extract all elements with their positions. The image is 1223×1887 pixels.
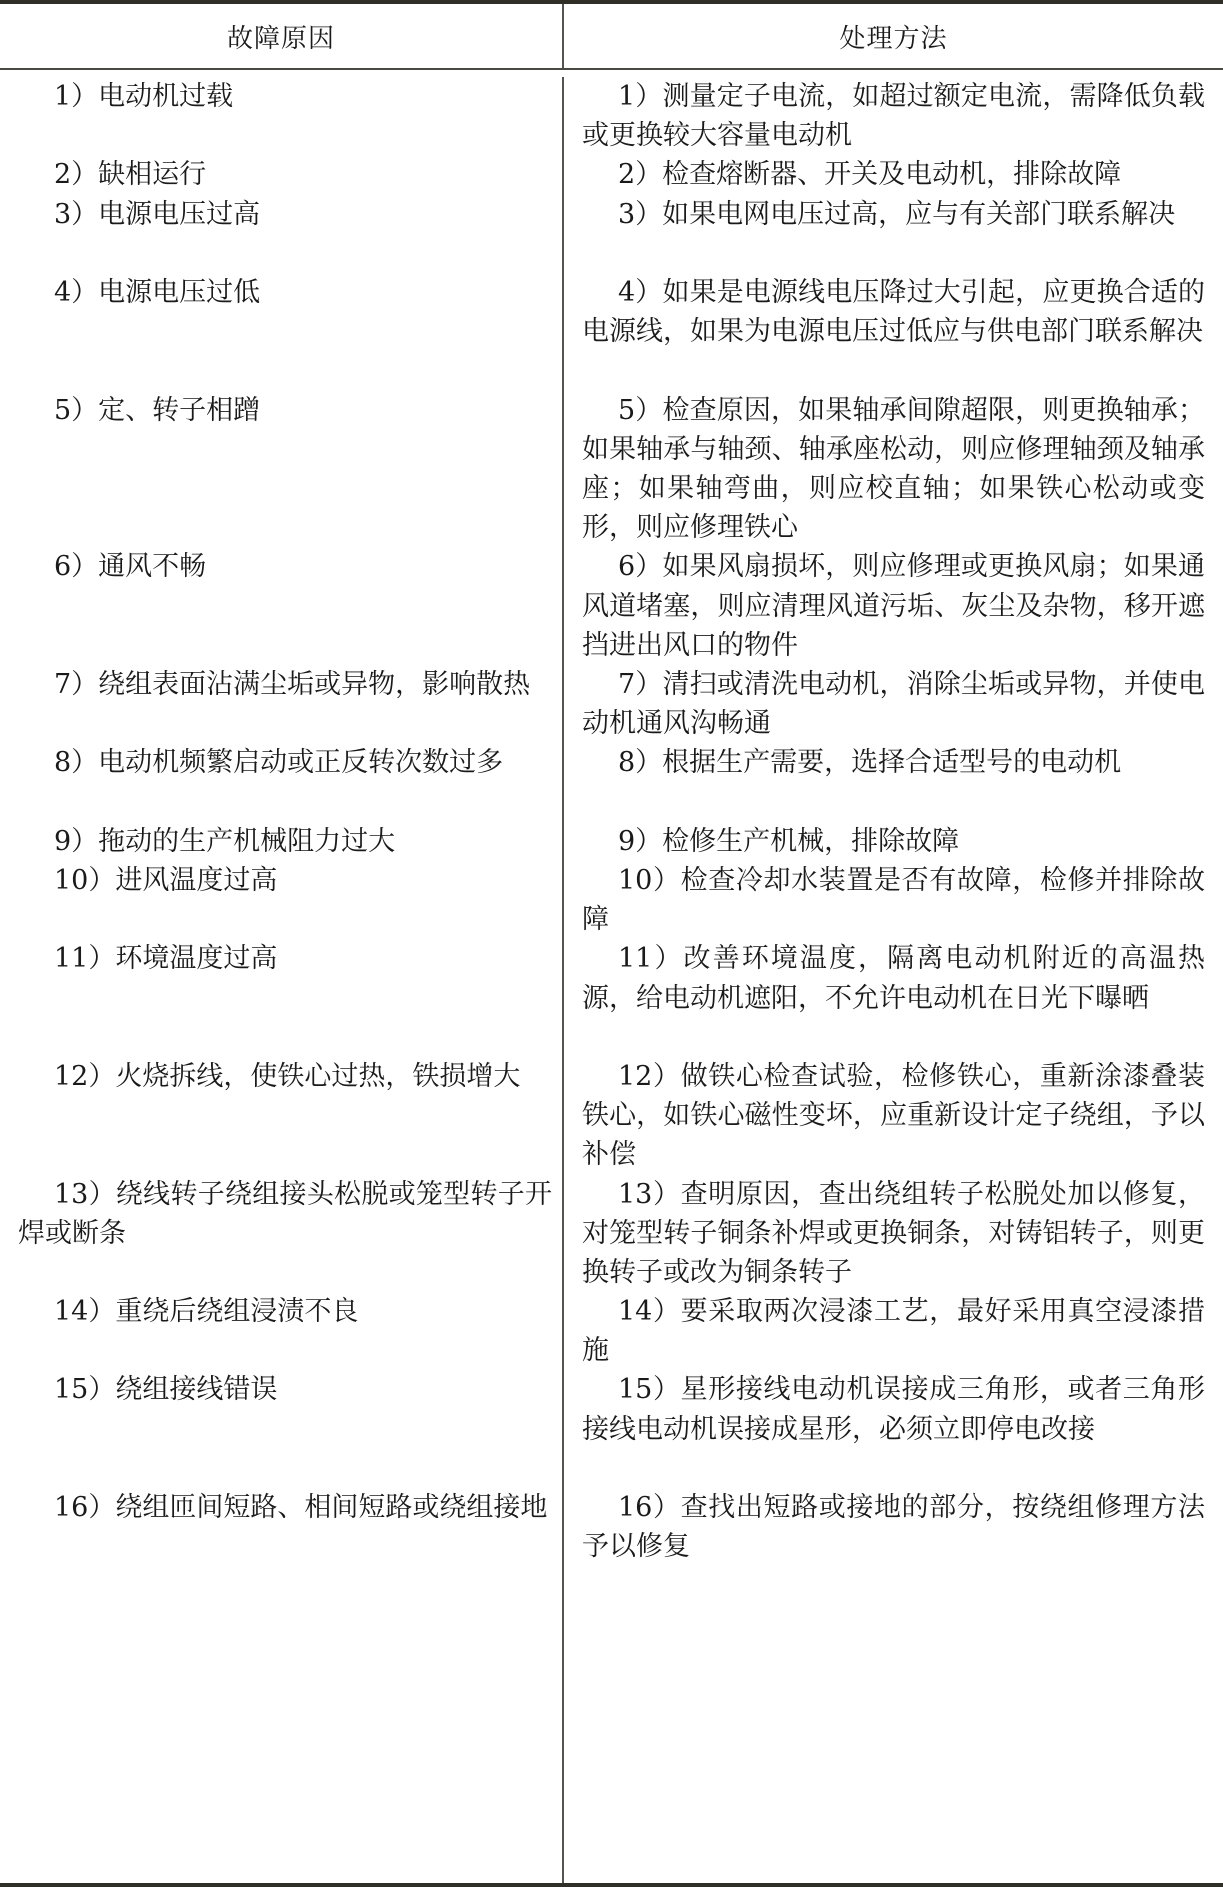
remedy-text: 13）查明原因，查出绕组转子松脱处加以修复，对笼型转子铜条补焊或更换铜条，对铸铝…: [564, 1175, 1223, 1293]
fault-cause-text: 11）环境温度过高: [0, 939, 562, 978]
header-remedy: 处理方法: [564, 4, 1223, 68]
table-row: 3）电源电压过高3）如果电网电压过高，应与有关部门联系解决: [0, 195, 1223, 273]
table-row: 10）进风温度过高10）检查冷却水装置是否有故障，检修并排除故障: [0, 861, 1223, 939]
remedy-cell: 15）星形接线电动机误接成三角形，或者三角形接线电动机误接成星形，必须立即停电改…: [564, 1370, 1223, 1488]
remedy-cell: 8）根据生产需要，选择合适型号的电动机: [564, 743, 1223, 821]
remedy-cell: 4）如果是电源线电压降过大引起，应更换合适的电源线，如果为电源电压过低应与供电部…: [564, 273, 1223, 391]
remedy-cell: 7）清扫或清洗电动机，消除尘垢或异物，并使电动机通风沟畅通: [564, 665, 1223, 743]
fault-cause-cell: 8）电动机频繁启动或正反转次数过多: [0, 743, 564, 821]
fault-cause-cell: 5）定、转子相蹭: [0, 391, 564, 548]
remedy-text: 7）清扫或清洗电动机，消除尘垢或异物，并使电动机通风沟畅通: [564, 665, 1223, 743]
remedy-cell: 10）检查冷却水装置是否有故障，检修并排除故障: [564, 861, 1223, 939]
table-row: 1）电动机过载1）测量定子电流，如超过额定电流，需降低负载或更换较大容量电动机: [0, 77, 1223, 155]
fault-cause-text: 2）缺相运行: [0, 155, 562, 194]
table-row: 12）火烧拆线，使铁心过热，铁损增大12）做铁心检查试验，检修铁心，重新涂漆叠装…: [0, 1057, 1223, 1175]
table-row: 8）电动机频繁启动或正反转次数过多8）根据生产需要，选择合适型号的电动机: [0, 743, 1223, 821]
table-row: 9）拖动的生产机械阻力过大9）检修生产机械，排除故障: [0, 822, 1223, 861]
remedy-text: 14）要采取两次浸漆工艺，最好采用真空浸漆措施: [564, 1292, 1223, 1370]
table-row: 4）电源电压过低4）如果是电源线电压降过大引起，应更换合适的电源线，如果为电源电…: [0, 273, 1223, 391]
fault-cause-cell: 16）绕组匝间短路、相间短路或绕组接地: [0, 1488, 564, 1566]
fault-cause-text: 5）定、转子相蹭: [0, 391, 562, 430]
remedy-cell: 14）要采取两次浸漆工艺，最好采用真空浸漆措施: [564, 1292, 1223, 1370]
remedy-text: 8）根据生产需要，选择合适型号的电动机: [564, 743, 1223, 782]
table-row: 15）绕组接线错误15）星形接线电动机误接成三角形，或者三角形接线电动机误接成星…: [0, 1370, 1223, 1488]
remedy-text: 15）星形接线电动机误接成三角形，或者三角形接线电动机误接成星形，必须立即停电改…: [564, 1370, 1223, 1448]
remedy-text: 1）测量定子电流，如超过额定电流，需降低负载或更换较大容量电动机: [564, 77, 1223, 155]
table-rows: 1）电动机过载1）测量定子电流，如超过额定电流，需降低负载或更换较大容量电动机2…: [0, 70, 1223, 1883]
fault-cause-cell: 11）环境温度过高: [0, 939, 564, 1057]
remedy-cell: 5）检查原因，如果轴承间隙超限，则更换轴承；如果轴承与轴颈、轴承座松动，则应修理…: [564, 391, 1223, 548]
table-row: 14）重绕后绕组浸渍不良14）要采取两次浸漆工艺，最好采用真空浸漆措施: [0, 1292, 1223, 1370]
remedy-text: 6）如果风扇损坏，则应修理或更换风扇；如果通风道堵塞，则应清理风道污垢、灰尘及杂…: [564, 547, 1223, 665]
fault-cause-text: 1）电动机过载: [0, 77, 562, 116]
remedy-text: 12）做铁心检查试验，检修铁心，重新涂漆叠装铁心，如铁心磁性变坏，应重新设计定子…: [564, 1057, 1223, 1175]
remedy-cell: 12）做铁心检查试验，检修铁心，重新涂漆叠装铁心，如铁心磁性变坏，应重新设计定子…: [564, 1057, 1223, 1175]
fault-cause-cell: 2）缺相运行: [0, 155, 564, 194]
remedy-cell: 2）检查熔断器、开关及电动机，排除故障: [564, 155, 1223, 194]
remedy-text: 4）如果是电源线电压降过大引起，应更换合适的电源线，如果为电源电压过低应与供电部…: [564, 273, 1223, 351]
fault-cause-text: 10）进风温度过高: [0, 861, 562, 900]
table-row: 5）定、转子相蹭5）检查原因，如果轴承间隙超限，则更换轴承；如果轴承与轴颈、轴承…: [0, 391, 1223, 548]
remedy-cell: 1）测量定子电流，如超过额定电流，需降低负载或更换较大容量电动机: [564, 77, 1223, 155]
fault-cause-text: 15）绕组接线错误: [0, 1370, 562, 1409]
fault-cause-cell: 3）电源电压过高: [0, 195, 564, 273]
fault-cause-cell: 13）绕线转子绕组接头松脱或笼型转子开焊或断条: [0, 1175, 564, 1293]
remedy-cell: 9）检修生产机械，排除故障: [564, 822, 1223, 861]
fault-cause-cell: 4）电源电压过低: [0, 273, 564, 391]
remedy-text: 16）查找出短路或接地的部分，按绕组修理方法予以修复: [564, 1488, 1223, 1566]
remedy-cell: 11）改善环境温度，隔离电动机附近的高温热源，给电动机遮阳，不允许电动机在日光下…: [564, 939, 1223, 1057]
fault-cause-cell: 6）通风不畅: [0, 547, 564, 665]
remedy-cell: 3）如果电网电压过高，应与有关部门联系解决: [564, 195, 1223, 273]
fault-cause-cell: 10）进风温度过高: [0, 861, 564, 939]
fault-cause-cell: 14）重绕后绕组浸渍不良: [0, 1292, 564, 1370]
remedy-text: 10）检查冷却水装置是否有故障，检修并排除故障: [564, 861, 1223, 939]
fault-cause-cell: 1）电动机过载: [0, 77, 564, 155]
table-row: 6）通风不畅6）如果风扇损坏，则应修理或更换风扇；如果通风道堵塞，则应清理风道污…: [0, 547, 1223, 665]
table-body: 1）电动机过载1）测量定子电流，如超过额定电流，需降低负载或更换较大容量电动机2…: [0, 70, 1223, 1883]
fault-cause-text: 12）火烧拆线，使铁心过热，铁损增大: [0, 1057, 562, 1096]
fault-cause-text: 14）重绕后绕组浸渍不良: [0, 1292, 562, 1331]
table-row: 2）缺相运行2）检查熔断器、开关及电动机，排除故障: [0, 155, 1223, 194]
fault-cause-text: 16）绕组匝间短路、相间短路或绕组接地: [0, 1488, 562, 1527]
table-row: 7）绕组表面沾满尘垢或异物，影响散热7）清扫或清洗电动机，消除尘垢或异物，并使电…: [0, 665, 1223, 743]
fault-cause-text: 4）电源电压过低: [0, 273, 562, 312]
fault-cause-text: 3）电源电压过高: [0, 195, 562, 234]
fault-cause-cell: 9）拖动的生产机械阻力过大: [0, 822, 564, 861]
remedy-cell: 13）查明原因，查出绕组转子松脱处加以修复，对笼型转子铜条补焊或更换铜条，对铸铝…: [564, 1175, 1223, 1293]
remedy-text: 3）如果电网电压过高，应与有关部门联系解决: [564, 195, 1223, 234]
fault-cause-text: 7）绕组表面沾满尘垢或异物，影响散热: [0, 665, 562, 704]
remedy-text: 2）检查熔断器、开关及电动机，排除故障: [564, 155, 1223, 194]
fault-cause-text: 13）绕线转子绕组接头松脱或笼型转子开焊或断条: [0, 1175, 562, 1253]
remedy-text: 5）检查原因，如果轴承间隙超限，则更换轴承；如果轴承与轴颈、轴承座松动，则应修理…: [564, 391, 1223, 548]
remedy-text: 9）检修生产机械，排除故障: [564, 822, 1223, 861]
fault-cause-cell: 7）绕组表面沾满尘垢或异物，影响散热: [0, 665, 564, 743]
fault-cause-text: 8）电动机频繁启动或正反转次数过多: [0, 743, 562, 782]
fault-cause-cell: 15）绕组接线错误: [0, 1370, 564, 1488]
header-fault-cause: 故障原因: [0, 4, 564, 68]
remedy-cell: 16）查找出短路或接地的部分，按绕组修理方法予以修复: [564, 1488, 1223, 1566]
fault-cause-text: 9）拖动的生产机械阻力过大: [0, 822, 562, 861]
fault-remedy-table: 故障原因 处理方法 1）电动机过载1）测量定子电流，如超过额定电流，需降低负载或…: [0, 0, 1223, 1887]
table-filler: [0, 1566, 1223, 1883]
table-header: 故障原因 处理方法: [0, 4, 1223, 70]
fault-cause-cell: 12）火烧拆线，使铁心过热，铁损增大: [0, 1057, 564, 1175]
remedy-cell: 6）如果风扇损坏，则应修理或更换风扇；如果通风道堵塞，则应清理风道污垢、灰尘及杂…: [564, 547, 1223, 665]
remedy-text: 11）改善环境温度，隔离电动机附近的高温热源，给电动机遮阳，不允许电动机在日光下…: [564, 939, 1223, 1017]
table-row: 11）环境温度过高11）改善环境温度，隔离电动机附近的高温热源，给电动机遮阳，不…: [0, 939, 1223, 1057]
fault-cause-text: 6）通风不畅: [0, 547, 562, 586]
table-row: 13）绕线转子绕组接头松脱或笼型转子开焊或断条13）查明原因，查出绕组转子松脱处…: [0, 1175, 1223, 1293]
table-row: 16）绕组匝间短路、相间短路或绕组接地16）查找出短路或接地的部分，按绕组修理方…: [0, 1488, 1223, 1566]
